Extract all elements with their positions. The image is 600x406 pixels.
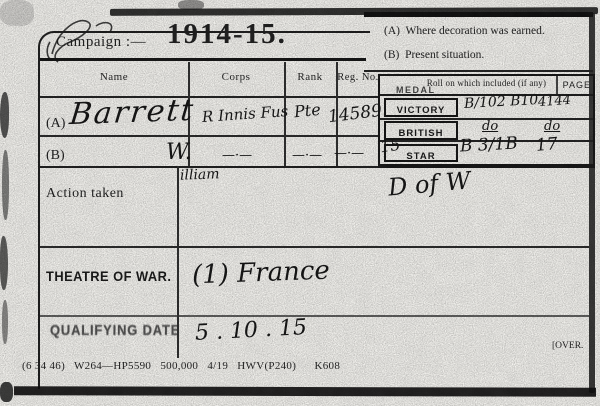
medal-roll-box: Roll on which included (if any) MEDAL PA… — [378, 74, 595, 168]
torn-edge-mark — [2, 300, 8, 344]
ditto-reg-no: —·— — [334, 147, 364, 160]
torn-edge-mark — [0, 0, 34, 26]
footer-print-code: (6 34 46) W264—HP5590 500,000 4/19 HWV(P… — [22, 361, 340, 372]
column-header-reg-no: Reg. No. — [336, 73, 380, 84]
medal-name-box: STAR — [384, 144, 458, 162]
column-header-corps: Corps — [188, 72, 284, 83]
medal-page-entry: 4144 — [538, 94, 572, 109]
action-entry: D of W — [387, 168, 471, 199]
soldier-surname: Barrett — [68, 96, 196, 130]
grid-line — [40, 135, 378, 137]
action-label: Action taken — [46, 187, 124, 201]
soldier-reg-no: 14589 — [327, 103, 383, 126]
note-a: (A) Where decoration was earned. — [384, 26, 545, 38]
torn-edge-mark — [0, 236, 8, 290]
medal-name: STAR — [406, 151, 435, 162]
column-header-rank: Rank — [284, 72, 336, 83]
card-bottom-edge — [14, 386, 596, 397]
column-header-name: Name — [40, 72, 188, 83]
page-column-label: PAGE — [563, 81, 591, 90]
theatre-value: (1) France — [192, 258, 331, 289]
qualifying-label: QUALIFYING DATE — [50, 323, 180, 338]
medal-index-card: Campaign :— 1914-15. (A) Where decoratio… — [0, 0, 600, 406]
medal-name: VICTORY — [397, 105, 446, 116]
medal-name-box: VICTORY — [384, 98, 458, 117]
grid-line — [40, 246, 589, 248]
ditto-rank: —·— — [292, 149, 322, 162]
row-b-label: (B) — [46, 149, 65, 163]
grid-line — [40, 315, 589, 317]
soldier-forename-initial: W. — [166, 142, 192, 164]
ditto-corps: —·— — [222, 149, 252, 162]
medal-page-entry: do — [544, 120, 560, 133]
torn-edge-mark — [0, 382, 13, 402]
grid-line — [40, 58, 366, 61]
medal-roll-entry: do — [482, 120, 498, 133]
torn-edge-mark — [0, 92, 9, 138]
soldier-forename-rest: illiam — [180, 167, 220, 182]
torn-edge-mark — [2, 150, 9, 220]
over-note: [OVER. — [552, 342, 583, 352]
medal-page-entry: 17 — [535, 136, 558, 155]
theatre-label: THEATRE OF WAR. — [46, 269, 171, 283]
qualifying-value: 5 . 10 . 15 — [195, 317, 308, 345]
decoration-notes-box: (A) Where decoration was earned. (B) Pre… — [364, 12, 593, 72]
medal-roll-entry: B/102 B10 — [464, 93, 539, 111]
medal-roll-entry: B 3/1B — [460, 136, 519, 156]
row-a-label: (A) — [46, 117, 65, 131]
soldier-rank: Pte — [293, 102, 321, 121]
grid-line — [556, 76, 558, 94]
note-b: (B) Present situation. — [384, 50, 484, 62]
medal-name: BRITISH — [399, 128, 444, 139]
